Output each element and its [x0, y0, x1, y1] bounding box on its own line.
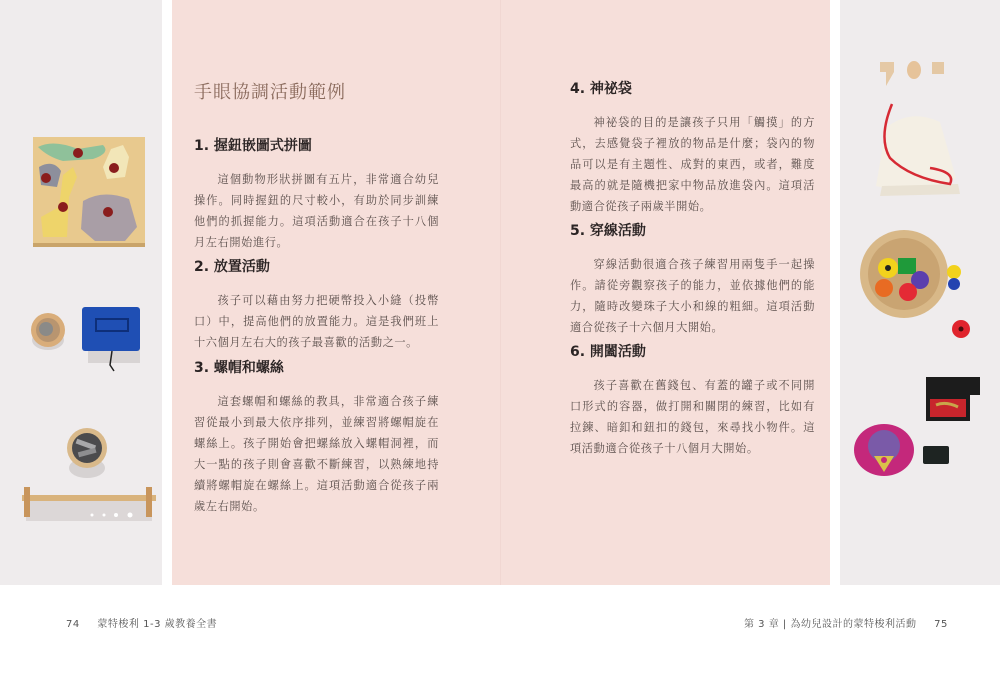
section-body: 神祕袋的目的是讓孩子只用「觸摸」的方式，去感覺袋子裡放的物品是什麼；袋內的物品可… — [570, 112, 815, 217]
mystery-bag-image — [870, 98, 970, 200]
left-image-strip — [0, 0, 162, 585]
section-body: 這個動物形狀拼圖有五片，非常適合幼兒操作。同時握鈕的尺寸較小，有助於同步訓練他們… — [194, 169, 439, 253]
section-heading: 2. 放置活動 — [194, 258, 439, 276]
activity-posting: 2. 放置活動 孩子可以藉由努力把硬幣投入小縫（投幣口）中，提高他們的放置能力。… — [194, 258, 439, 353]
page-number: 74 — [66, 619, 80, 630]
footer-left: 74 蒙特梭利 1-3 歲教養全書 — [66, 615, 231, 630]
footer-right: 第 3 章 | 為幼兒設計的蒙特梭利活動 75 — [744, 615, 962, 630]
knob-puzzle-image — [33, 137, 145, 247]
bolts-bowl-image — [64, 426, 110, 480]
section-heading: 5. 穿線活動 — [570, 222, 815, 240]
section-heading: 1. 握鈕嵌圖式拼圖 — [194, 137, 439, 155]
section-body: 穿線活動很適合孩子練習用兩隻手一起操作。請從旁觀察孩子的能力，並依據他們的能力，… — [570, 254, 815, 338]
page-number: 75 — [934, 619, 948, 630]
right-image-strip — [840, 0, 1000, 585]
activity-open-close: 6. 開闔活動 孩子喜歡在舊錢包、有蓋的罐子或不同開口形式的容器，做打開和關閉的… — [570, 343, 815, 459]
red-bead-image — [950, 318, 972, 340]
book-title: 蒙特梭利 1-3 歲教養全書 — [97, 619, 217, 630]
activity-threading: 5. 穿線活動 穿線活動很適合孩子練習用兩隻手一起操作。請從旁觀察孩子的能力，並… — [570, 222, 815, 338]
section-heading: 3. 螺帽和螺絲 — [194, 359, 439, 377]
dog-coin-purse-image — [846, 418, 916, 482]
activity-mystery-bag: 4. 神祕袋 神祕袋的目的是讓孩子只用「觸摸」的方式，去感覺袋子裡放的物品是什麼… — [570, 80, 815, 217]
section-body: 孩子喜歡在舊錢包、有蓋的罐子或不同開口形式的容器，做打開和關閉的練習，比如有拉鍊… — [570, 375, 815, 459]
nuts-bolts-board-image — [22, 485, 156, 525]
page-title: 手眼協調活動範例 — [194, 78, 346, 104]
coin-bowl-image — [26, 310, 70, 354]
page-gutter — [500, 0, 501, 585]
chapter-title: 第 3 章 | 為幼兒設計的蒙特梭利活動 — [744, 619, 916, 630]
activity-puzzle: 1. 握鈕嵌圖式拼圖 這個動物形狀拼圖有五片，非常適合幼兒操作。同時握鈕的尺寸較… — [194, 137, 439, 253]
coin-box-image — [80, 305, 142, 375]
section-body: 孩子可以藉由努力把硬幣投入小縫（投幣口）中，提高他們的放置能力。這是我們班上十六… — [194, 290, 439, 353]
section-heading: 4. 神祕袋 — [570, 80, 815, 98]
wooden-shapes-image — [880, 58, 946, 88]
section-heading: 6. 開闔活動 — [570, 343, 815, 361]
jewelry-box-image — [924, 375, 982, 425]
section-body: 這套螺帽和螺絲的教具，非常適合孩子練習從最小到最大依序排列，並練習將螺帽旋在螺絲… — [194, 391, 439, 517]
small-wallet-image — [922, 444, 950, 466]
activity-nuts-bolts: 3. 螺帽和螺絲 這套螺帽和螺絲的教具，非常適合孩子練習從最小到最大依序排列，並… — [194, 359, 439, 517]
